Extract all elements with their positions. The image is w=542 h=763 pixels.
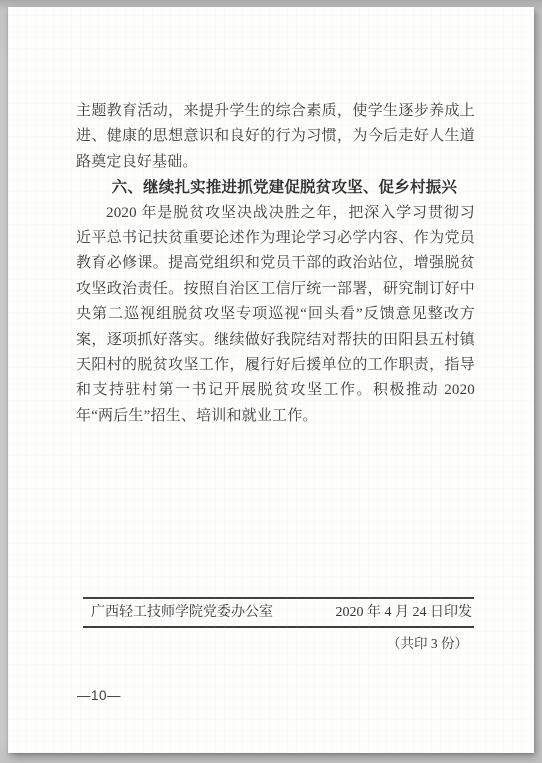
paragraph-poverty-alleviation: 2020 年是脱贫攻坚决战决胜之年，把深入学习贯彻习近平总书记扶贫重要论述作为理… [76,201,475,430]
section-heading-six: 六、继续扎实推进抓党建促脱贫攻坚、促乡村振兴 [76,175,475,200]
document-colophon: 广西轻工技师学院党委办公室 2020 年 4 月 24 日印发 （共印 3 份） [83,597,474,653]
document-body: 主题教育活动，来提升学生的综合素质，使学生逐步养成上进、健康的思想意识和良好的行… [76,99,475,429]
issuing-office: 广西轻工技师学院党委办公室 [91,602,273,623]
document-page: 主题教育活动，来提升学生的综合素质，使学生逐步养成上进、健康的思想意识和良好的行… [8,7,534,753]
copies-note: （共印 3 份） [83,628,474,653]
page-number: —10— [77,688,121,703]
print-date: 2020 年 4 月 24 日印发 [336,602,473,623]
scanner-background: 主题教育活动，来提升学生的综合素质，使学生逐步养成上进、健康的思想意识和良好的行… [0,0,542,763]
colophon-row: 广西轻工技师学院党委办公室 2020 年 4 月 24 日印发 [83,599,474,626]
paragraph-education-activities: 主题教育活动，来提升学生的综合素质，使学生逐步养成上进、健康的思想意识和良好的行… [76,99,475,175]
